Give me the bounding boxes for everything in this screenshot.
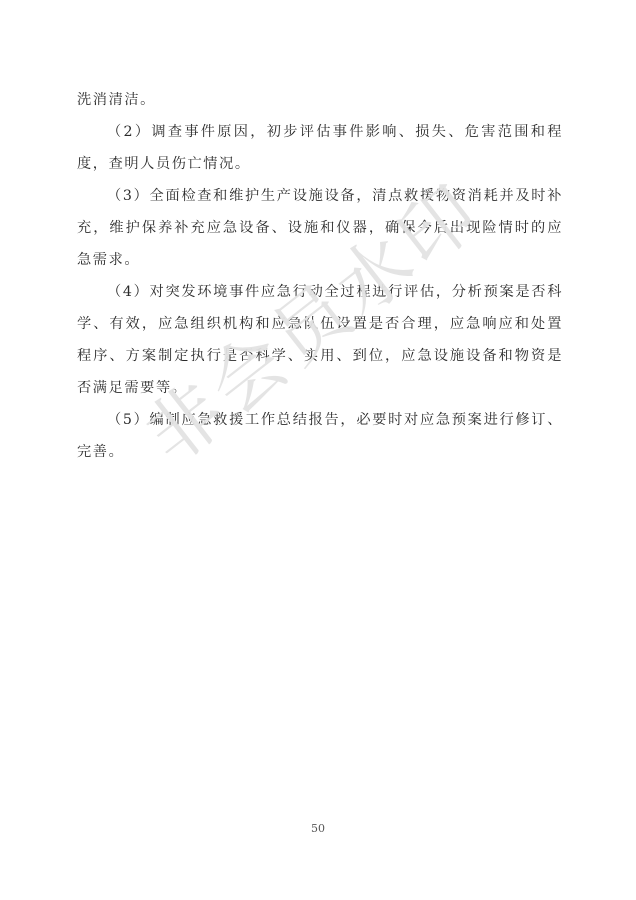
paragraph-item-2: （2）调查事件原因，初步评估事件影响、损失、危害范围和程度，查明人员伤亡情况。 — [77, 116, 563, 180]
page-number: 50 — [0, 822, 636, 835]
document-page: 洗消清洁。 （2）调查事件原因，初步评估事件影响、损失、危害范围和程度，查明人员… — [0, 0, 636, 900]
paragraph-item-4: （4）对突发环境事件应急行动全过程进行评估，分析预案是否科学、有效，应急组织机构… — [77, 276, 563, 404]
body-text: 洗消清洁。 （2）调查事件原因，初步评估事件影响、损失、危害范围和程度，查明人员… — [77, 84, 563, 468]
paragraph-continuation: 洗消清洁。 — [77, 84, 563, 116]
paragraph-item-3: （3）全面检查和维护生产设施设备，清点救援物资消耗并及时补充，维护保养补充应急设… — [77, 180, 563, 276]
paragraph-item-5: （5）编制应急救援工作总结报告，必要时对应急预案进行修订、完善。 — [77, 404, 563, 468]
